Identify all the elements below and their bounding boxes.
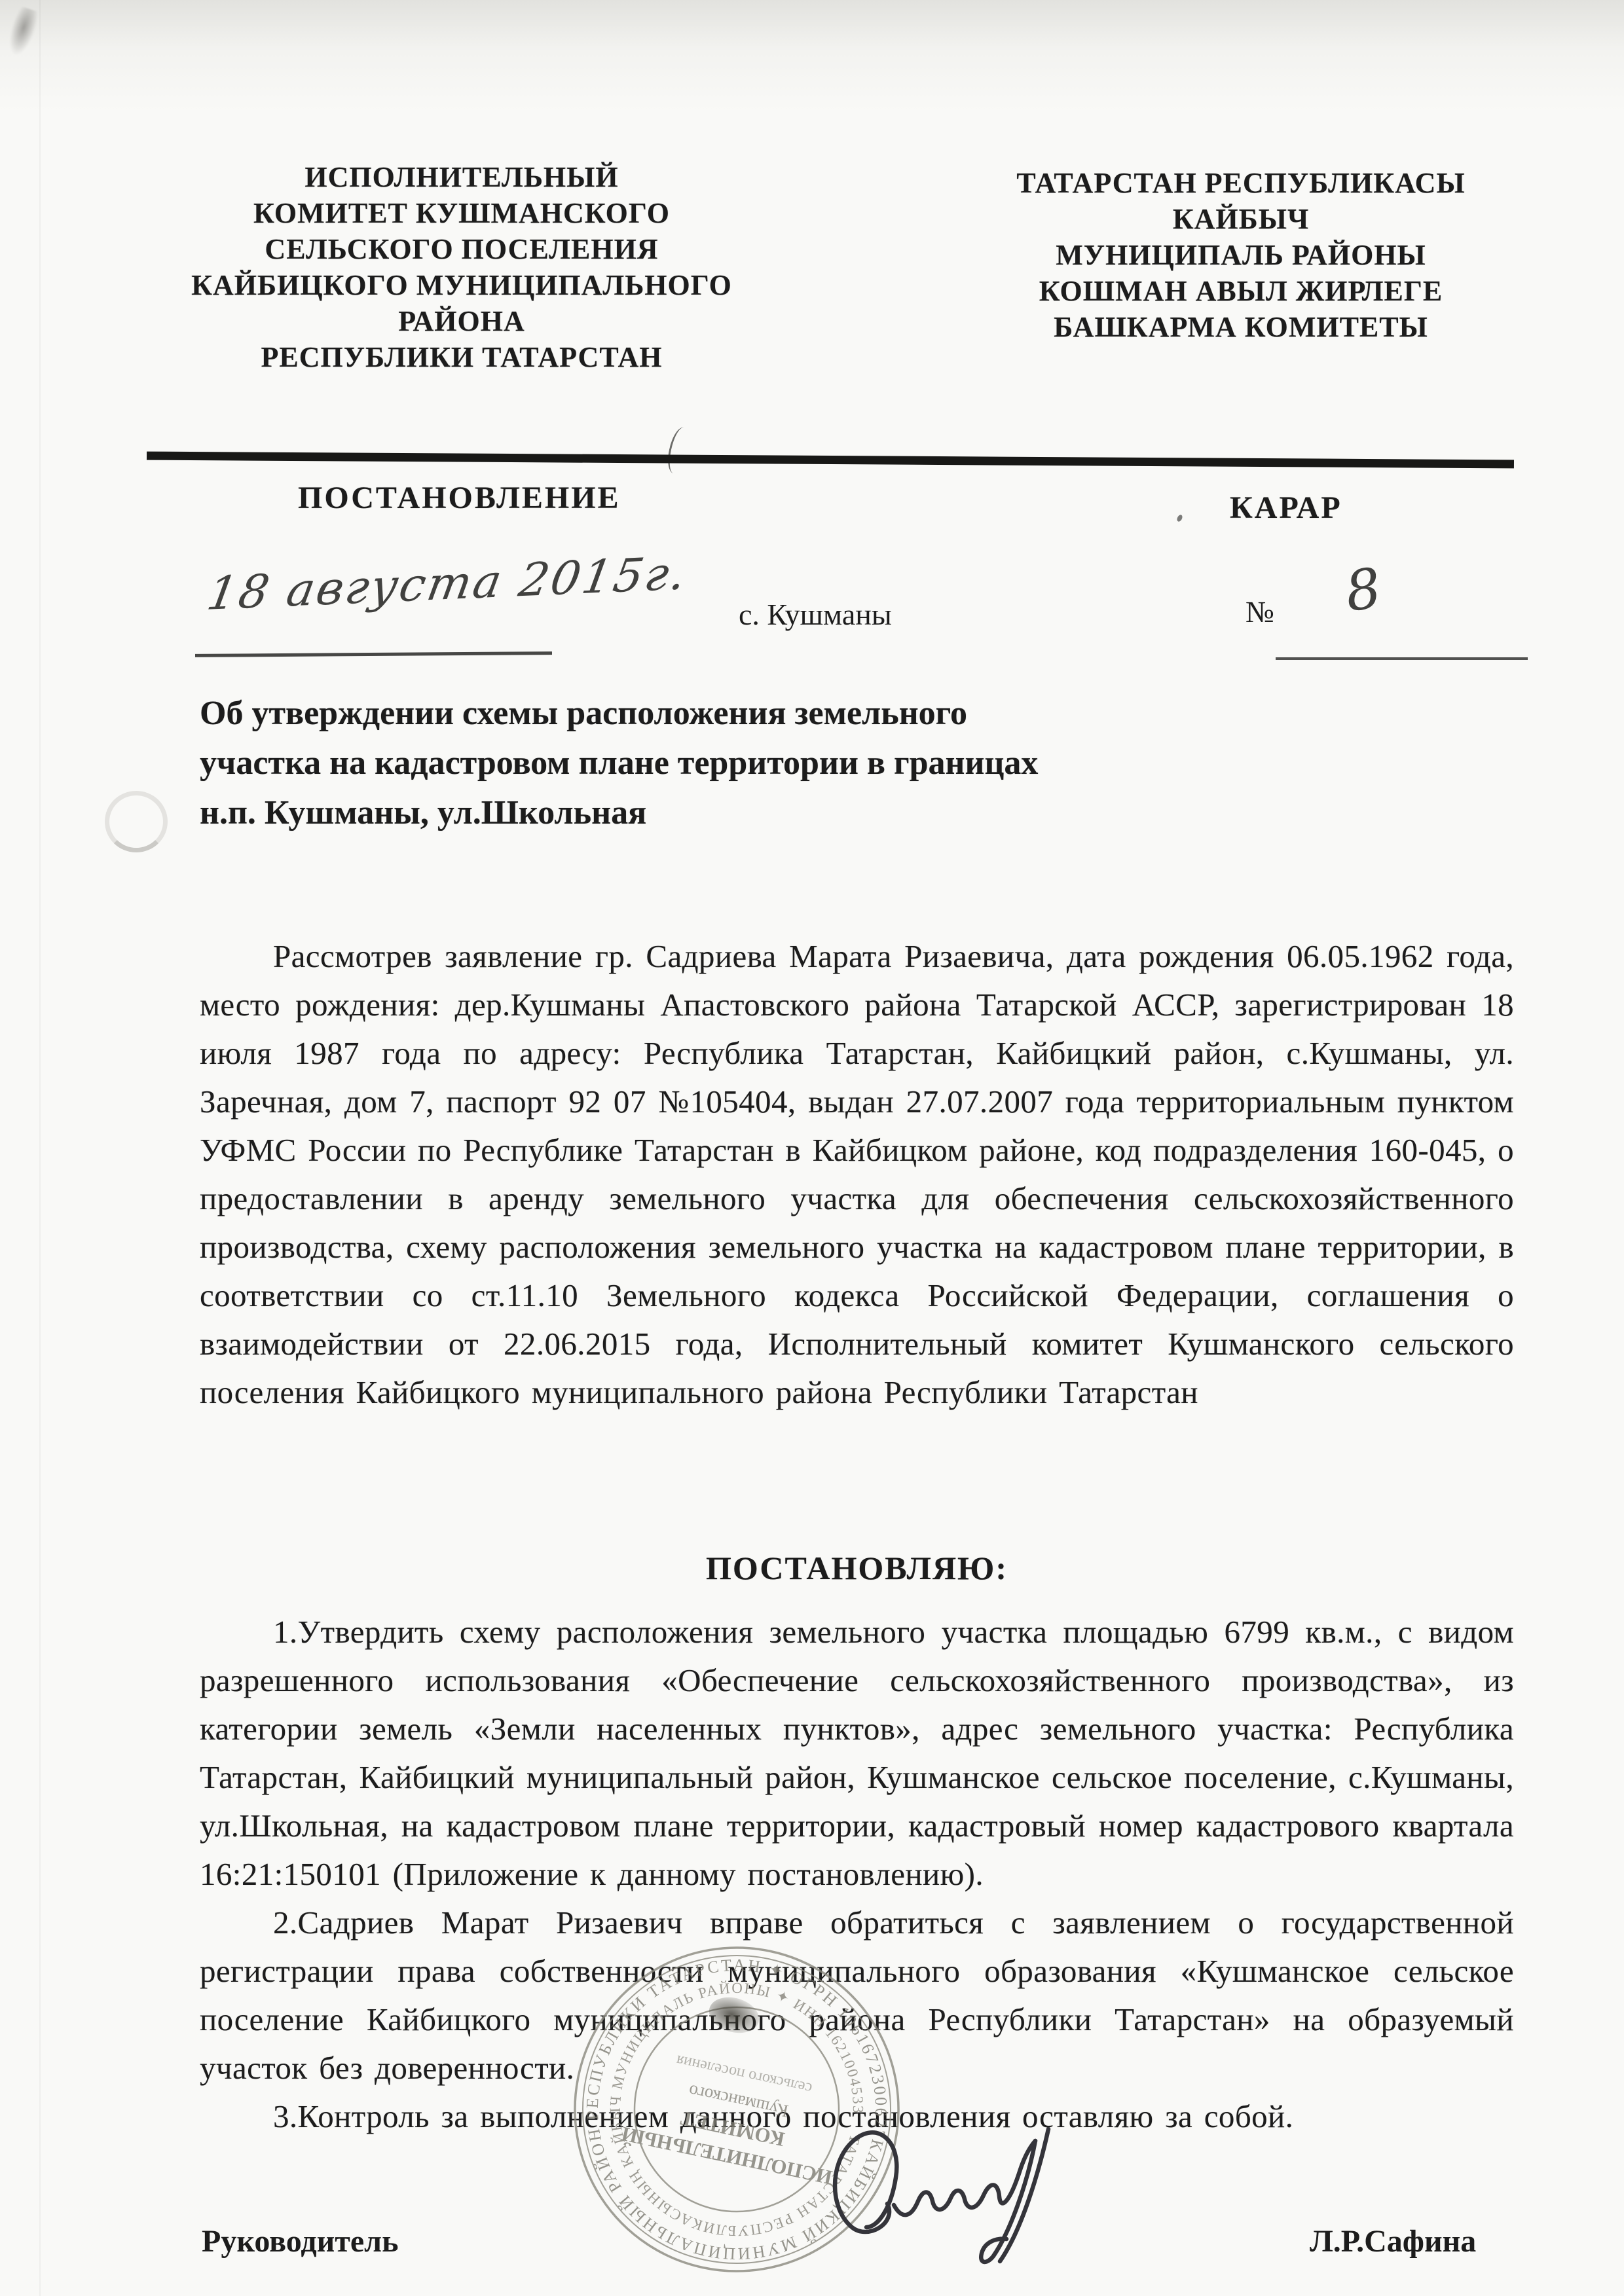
decree-title: Об утверждении схемы расположения земель… bbox=[200, 689, 1313, 838]
header-divider-rule bbox=[147, 452, 1514, 469]
doc-type-karar: КАРАР bbox=[1230, 490, 1342, 526]
pen-dot-mark bbox=[1176, 514, 1183, 522]
resolution-item-1: 1.Утвердить схему расположения земельног… bbox=[200, 1608, 1514, 1899]
handwritten-number: 8 bbox=[1341, 556, 1385, 624]
signer-name: Л.Р.Сафина bbox=[1310, 2223, 1476, 2259]
number-sign: № bbox=[1246, 594, 1274, 629]
signature-cross-stroke bbox=[1000, 2129, 1048, 2261]
issuer-header-russian: ИСПОЛНИТЕЛЬНЫЙ КОМИТЕТ КУШМАНСКОГО СЕЛЬС… bbox=[167, 159, 756, 375]
preamble-paragraph: Рассмотрев заявление гр. Садриева Марата… bbox=[200, 932, 1514, 1417]
scanned-decree-page: ИСПОЛНИТЕЛЬНЫЙ КОМИТЕТ КУШМАНСКОГО СЕЛЬС… bbox=[0, 0, 1624, 2296]
scan-edge-artifact bbox=[39, 0, 41, 2296]
corner-smudge-artifact bbox=[3, 5, 41, 59]
signer-role: Руководитель bbox=[202, 2223, 399, 2259]
place-name: с. Кушманы bbox=[739, 597, 892, 632]
signature-waves bbox=[894, 2141, 1035, 2215]
doc-type-postanovlenie: ПОСТАНОВЛЕНИЕ bbox=[298, 480, 621, 516]
number-underline bbox=[1276, 657, 1528, 660]
scan-shade-artifact bbox=[0, 0, 1624, 111]
preamble-text: Рассмотрев заявление гр. Садриева Марата… bbox=[200, 932, 1514, 1417]
issuer-header-tatar: ТАТАРСТАН РЕСПУБЛИКАСЫ КАЙБЫЧ МУНИЦИПАЛЬ… bbox=[950, 165, 1532, 345]
signature-loop bbox=[835, 2132, 896, 2232]
resolution-heading: ПОСТАНОВЛЯЮ: bbox=[200, 1549, 1514, 1587]
pen-stroke-mark bbox=[665, 426, 693, 475]
handwritten-signature bbox=[789, 2092, 1084, 2276]
handwritten-date: 18 августа 2015г. bbox=[203, 549, 635, 621]
date-underline bbox=[195, 651, 552, 657]
faint-ring-mark bbox=[105, 791, 168, 852]
